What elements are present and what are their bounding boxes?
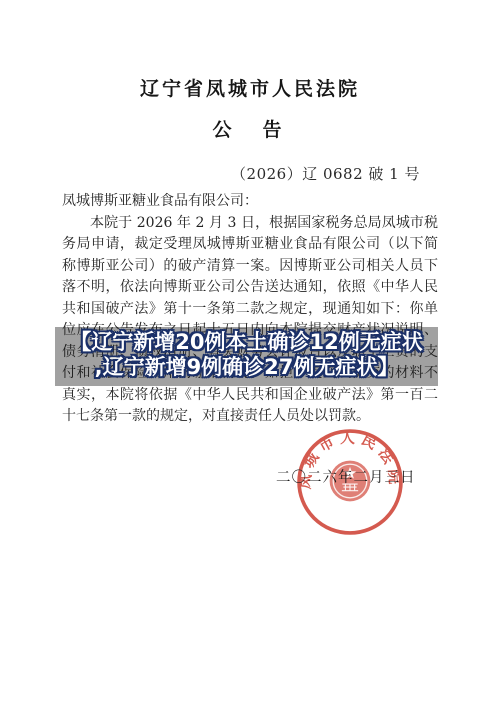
body-line: 本院于 2026 年 2 月 3 日，根据国家税务总局凤城市税 bbox=[62, 213, 438, 235]
body-line: 十七条第一款的规定，对直接责任人员处以罚款。 bbox=[62, 406, 438, 428]
body-line: 真实，本院将依据《中华人民共和国企业破产法》第一百二 bbox=[62, 385, 438, 407]
doc-type-title: 公 告 bbox=[0, 115, 500, 142]
addressee-line: 凤城博斯亚糖业食品有限公司： bbox=[62, 191, 438, 213]
body-line: 共和国破产法》第十一条第二款之规定，现通知如下：你单 bbox=[62, 299, 438, 321]
headline-line-1: 【辽宁新增20例本土确诊12例无症状 bbox=[43, 330, 450, 355]
headline-line-2: ,辽宁新增9例确诊27例无症状】 bbox=[43, 355, 450, 380]
document-page: 辽宁省凤城市人民法院 公 告 （2026）辽 0682 破 1 号 凤城博斯亚糖… bbox=[0, 0, 500, 706]
body-line: 落不明，依法向博斯亚公司公告送达通知，依照《中华人民 bbox=[62, 277, 438, 299]
case-number: （2026）辽 0682 破 1 号 bbox=[231, 163, 420, 184]
document-body: 凤城博斯亚糖业食品有限公司： 本院于 2026 年 2 月 3 日，根据国家税务… bbox=[62, 191, 438, 428]
court-name: 辽宁省凤城市人民法院 bbox=[0, 74, 500, 101]
headline-watermark-text: 【辽宁新增20例本土确诊12例无症状 ,辽宁新增9例确诊27例无症状】 bbox=[43, 330, 450, 380]
headline-watermark-band: 【辽宁新增20例本土确诊12例无症状 ,辽宁新增9例确诊27例无症状】 bbox=[55, 327, 438, 386]
body-line: 称博斯亚公司）的破产清算一案。因博斯亚公司相关人员下 bbox=[62, 256, 438, 278]
document-date: 二〇二六年二月三日 bbox=[276, 466, 416, 487]
body-line: 务局申请，裁定受理凤城博斯亚糖业食品有限公司（以下简 bbox=[62, 234, 438, 256]
